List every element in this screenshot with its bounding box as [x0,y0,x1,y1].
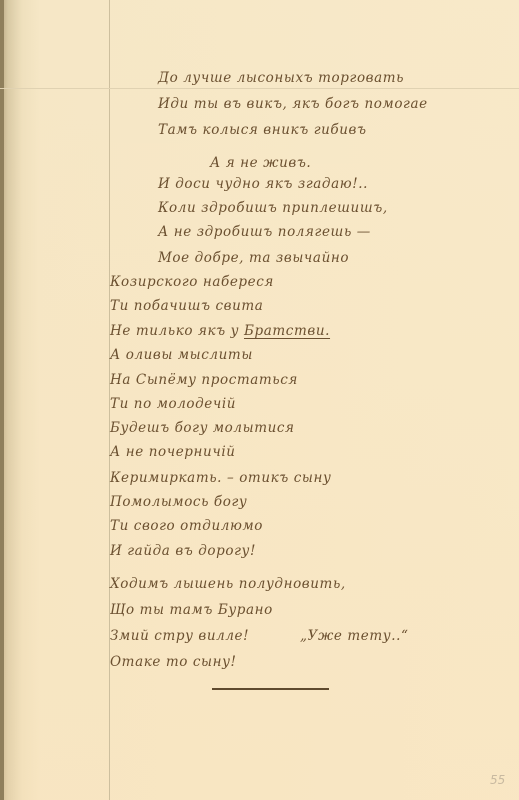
text-line: Ти по молодечій [110,396,236,412]
text-line: Тамъ колыся вникъ гибивъ [158,122,367,138]
page-number: 55 [490,773,505,787]
text-line: Козирского набереся [110,274,274,290]
book-spine-shadow [0,0,4,800]
top-rule [0,88,519,89]
text-line: Ти свого отдилюмо [110,518,263,534]
text-line: А я не живъ. [210,155,311,171]
end-rule [212,688,329,690]
text-line: На Сыпёму простаться [110,372,298,388]
text-line: Ходимъ лышень полудновить, [110,576,346,592]
underlined-word: Братстви. [244,323,330,339]
text-line: Отаке то сыну! [110,654,237,670]
text-line: А оливы мыслиты [110,347,253,363]
text-line: И гайда въ дорогу! [110,543,256,559]
text-line: До лучше лысоныхъ торговать [158,70,404,86]
text-line: Иди ты въ викъ, якъ богъ помогае [158,96,428,112]
text-line: Помолымось богу [110,494,247,510]
text-line: Що ты тамъ Бурано [110,602,273,618]
text-line: А не здробишъ полягешь — [158,224,371,240]
text-line: Ти побачишъ свита [110,298,263,314]
text-line: Будешъ богу молытися [110,420,295,436]
text-line: Керимиркать. – отикъ сыну [110,470,331,486]
manuscript-page: До лучше лысоныхъ торговать Иди ты въ ви… [0,0,519,800]
text-line-prefix: Не тилько якъ у [110,323,244,339]
text-line: Коли здробишъ приплешишъ, [158,200,388,216]
text-line: И доси чудно якъ згадаю!.. [158,176,368,192]
text-line: А не почерничій [110,444,236,460]
quoted-text: „Уже тету..“ [300,628,408,644]
text-line: Мое добре, та звычайно [158,250,349,266]
text-line: Не тилько якъ у Братстви. [110,323,330,339]
text-line: Змий стру вилле! [110,628,249,644]
